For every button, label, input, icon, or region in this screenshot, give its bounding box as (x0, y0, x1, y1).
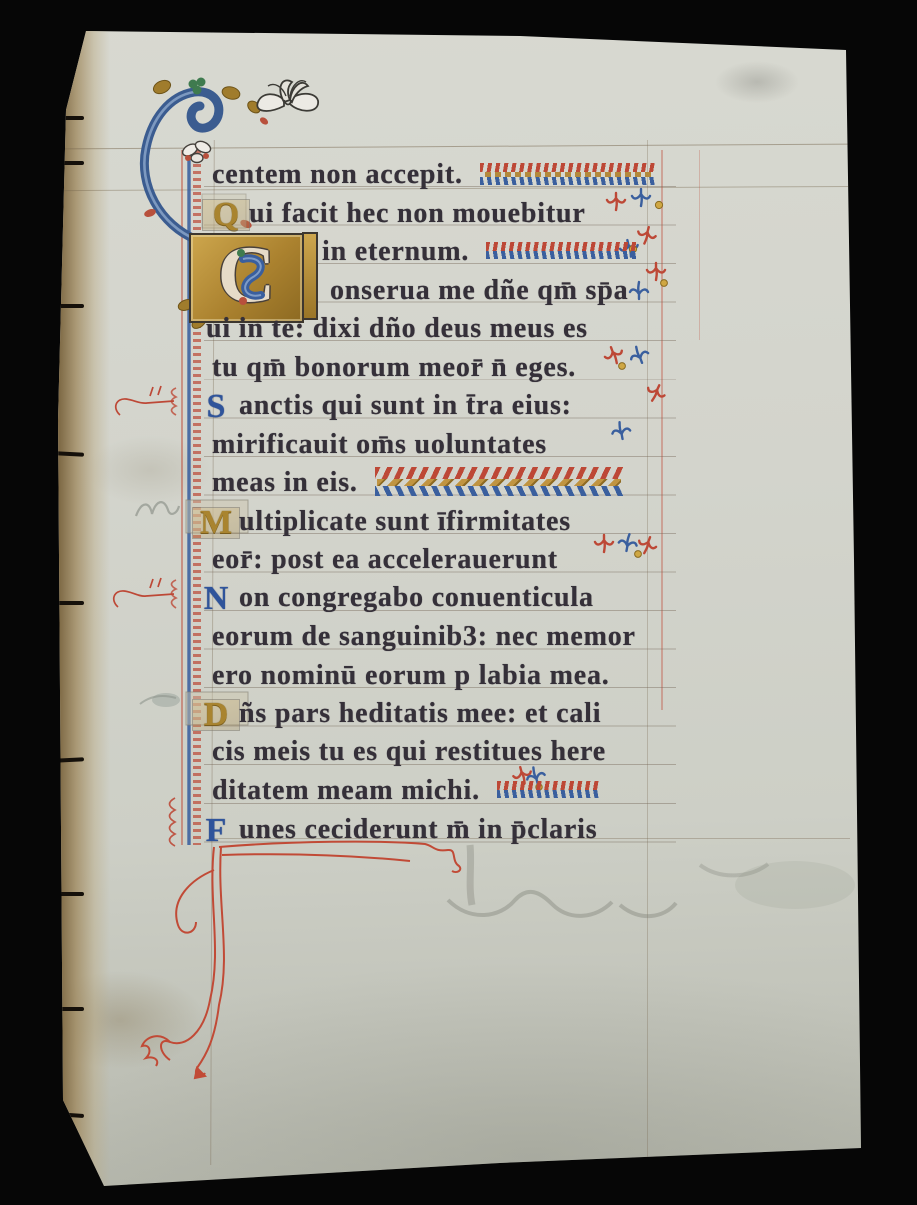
text-line: tu qm̄ bonorum meor̄ n̄ eges. (212, 350, 576, 389)
blue-initial-N: N (193, 584, 239, 614)
latin-text: in eternum. (322, 236, 469, 267)
initial-knot-ornament (191, 235, 302, 321)
text-line: meas in eis. (212, 465, 623, 504)
latin-text: ultiplicate sunt īfirmitates (239, 506, 571, 537)
latin-text: ditatem meam michi. (212, 775, 480, 806)
line-filler-ornament (375, 467, 623, 496)
illuminated-initial-C: C (189, 233, 304, 323)
latin-text: cis meis tu es qui restitues here (212, 736, 606, 767)
latin-text: anctis qui sunt in t̄ra eius: (239, 390, 572, 421)
text-line: ui in te: dixi dño deus meus es (206, 311, 588, 350)
text-line: Sanctis qui sunt in t̄ra eius: (193, 388, 572, 427)
text-line: Dñs pars heditatis mee: et cali (193, 696, 601, 735)
butterfly-ink-drawing (257, 80, 318, 111)
latin-text: ñs pars heditatis mee: et cali (239, 698, 601, 729)
latin-text: centem non accepit. (212, 159, 463, 190)
vellum-leaf: C centem non accepit. Qui facit hec non … (0, 0, 917, 1205)
line-filler-ornament (497, 781, 601, 798)
latin-text: ero nominū eorum p labia mea. (212, 660, 610, 691)
text-line: cis meis tu es qui restitues here (212, 734, 606, 773)
faint-sketch-marks (136, 502, 180, 707)
text-line: Multiplicate sunt īfirmitates (193, 504, 571, 543)
text-line: ditatem meam michi. (212, 773, 601, 812)
manuscript-photo: C centem non accepit. Qui facit hec non … (0, 0, 917, 1205)
text-line: mirificauit om̄s uoluntates (212, 427, 547, 466)
text-line: eorum de sanguinib3: nec memor (212, 619, 636, 658)
latin-text: meas in eis. (212, 467, 358, 498)
latin-text: mirificauit om̄s uoluntates (212, 429, 547, 460)
red-penwork-tail-flourish (142, 842, 460, 1078)
gold-initial-M: M (193, 508, 239, 538)
flower-ornament (181, 139, 213, 162)
text-line: Funes ceciderunt m̄ in p̄claris (193, 812, 597, 851)
text-line: eor̄: post ea accelerauerunt (212, 542, 558, 581)
latin-text: eor̄: post ea accelerauerunt (212, 544, 558, 575)
margin-flourish-marks (114, 386, 176, 846)
line-filler-ornament (486, 242, 636, 259)
text-line: in eternum. (322, 234, 636, 273)
latin-text: on congregabo conuenticula (239, 582, 594, 613)
verso-show-through (448, 845, 855, 916)
line-filler-ornament (480, 163, 656, 185)
blue-initial-S: S (193, 392, 239, 422)
blue-initial-F: F (193, 816, 239, 846)
gold-initial-D: D (193, 700, 239, 730)
latin-text: ui in te: dixi dño deus meus es (206, 313, 588, 344)
text-line: ero nominū eorum p labia mea. (212, 658, 610, 697)
text-line: Qui facit hec non mouebitur (203, 196, 586, 235)
text-line: centem non accepit. (212, 157, 656, 196)
latin-text: ui facit hec non mouebitur (249, 198, 586, 229)
latin-text: tu qm̄ bonorum meor̄ n̄ eges. (212, 352, 576, 383)
gold-initial-Q: Q (203, 200, 249, 230)
text-line: onserua me dñe qm̄ sp̄a (330, 273, 628, 312)
gold-border-bar (302, 232, 318, 320)
latin-text: eorum de sanguinib3: nec memor (212, 621, 636, 652)
text-line: Non congregabo conuenticula (193, 580, 594, 619)
latin-text: unes ceciderunt m̄ in p̄claris (239, 814, 597, 845)
latin-text: onserua me dñe qm̄ sp̄a (330, 275, 628, 306)
